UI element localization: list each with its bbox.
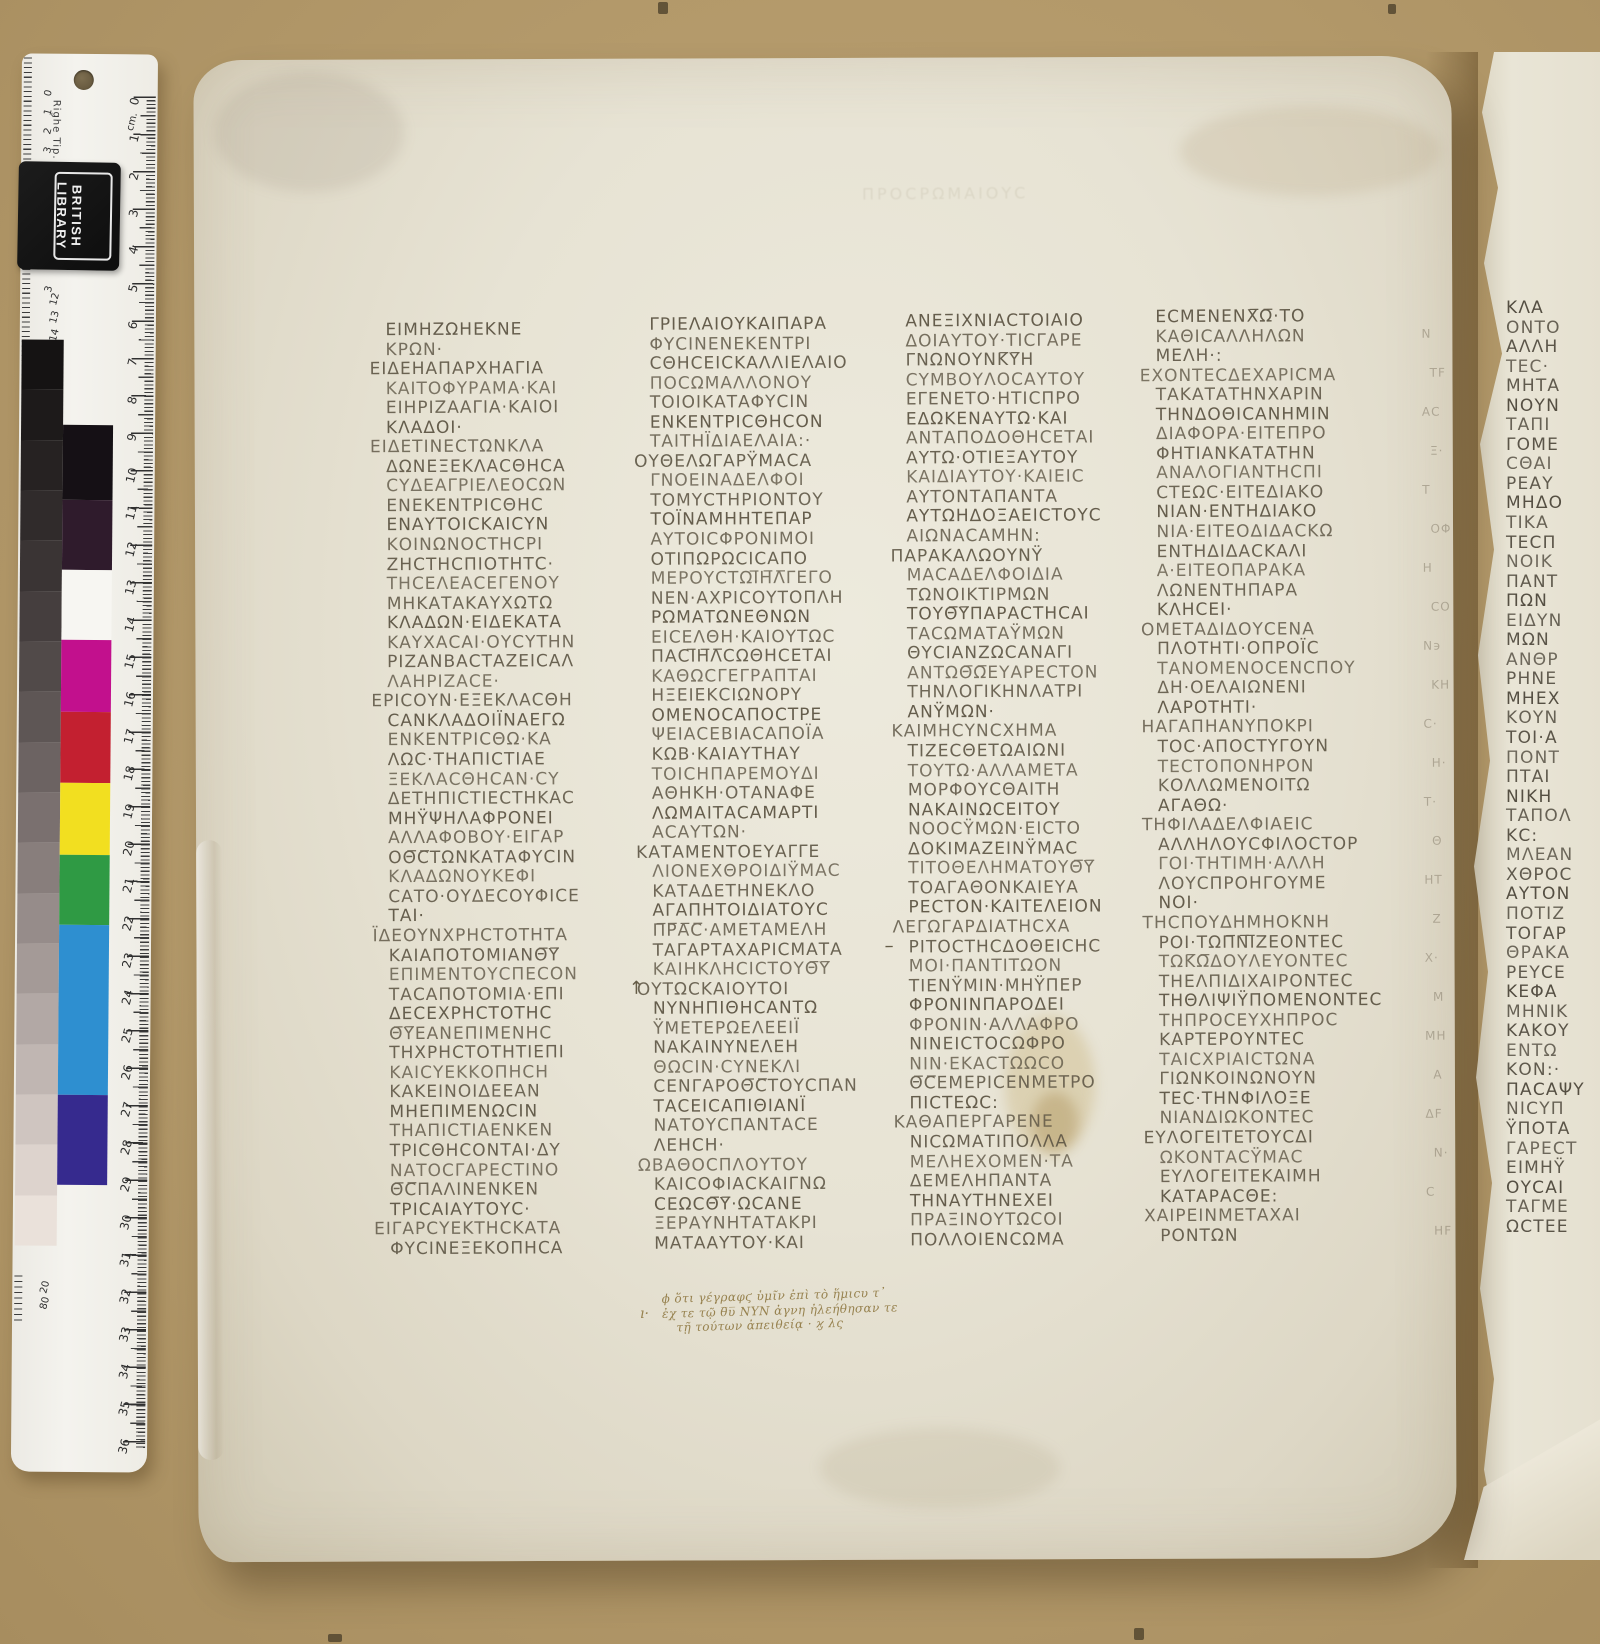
greek-text-line: ΔΟΚΙΜΑΖΕΙΝΫΜΑϹ (908, 838, 1158, 859)
greek-text-line: ΑΓΑΘΩ· (1158, 794, 1408, 815)
greek-text-line: ΤΡΙϹΑΙΑΥΤΟΥϹ· (390, 1198, 640, 1219)
folio-text-fragment: ΚϹ: (1506, 826, 1585, 846)
set-off-mark: Ζ (1432, 912, 1441, 926)
folio-text-fragment: ϹΘΑΙ (1506, 454, 1585, 474)
greek-text-line: ΕΙΔΕΗΑΠΑΡΧΗΑΓΙΑ (370, 358, 636, 379)
greek-text-line: ΕΙΓΑΡϹΥΕΚΤΗϹΚΑΤΑ (374, 1218, 640, 1239)
greek-text-line: ΜΗΕΠΙΜΕΝΩϹΙΝ (389, 1101, 639, 1122)
greek-text-line: ΪΔΕΟΥΝΧΡΗϹΤΟΤΗΤΑ (373, 925, 639, 946)
greek-text-line: ΡΙΖΑΝΒΑϹΤΑΖΕΙϹΑΛ (387, 651, 637, 672)
color-patch-dark-purple (62, 500, 113, 570)
ruler-left-ticks-bottom (14, 1275, 22, 1321)
greek-text-line: ΡΕϹΤΟΝ·ΚΑΙΤΕΛΕΙΟΝ (908, 897, 1158, 918)
greek-text-line: ΑΓΑΠΗΤΟΙΔΙΑΤΟΥϹ (652, 900, 902, 921)
greek-text-line: ΤΟΙϹΗΠΑΡΕΜΟΥΔΙ (652, 763, 902, 784)
greek-text-line: ΕΝΕΚΕΝΤΡΙϹΘΗϹ (386, 495, 636, 516)
greek-text-line: ΨΕΙΑϹΕΒΙΑϹΑΠΟΪΑ (651, 724, 901, 745)
greek-text-line: ΤΗΑΠΙϹΤΙΑΕΝΚΕΝ (390, 1120, 640, 1141)
greek-text-line: ΤΑϹΩΜΑΤΑΫΜΩΝ (907, 623, 1157, 644)
greek-text-line: ΝΟΙ· (1158, 892, 1408, 913)
grayscale-step (21, 440, 63, 491)
greek-text-line: ΦΥϹΙΝΕΞΕΚΟΠΗϹΑ (390, 1238, 640, 1259)
greek-text-line: ϹΘΗϹΕΙϹΚΑΛΛΙΕΛΑΙΟ (650, 353, 900, 374)
set-off-mark: Ν· (1434, 1146, 1449, 1160)
greek-text-line: ΤΟΥΤΩ·ΑΛΛΑΜΕΤΑ (908, 760, 1158, 781)
color-patch-black (62, 425, 113, 500)
folio-text-fragment: ΩϹΤΕΕ (1506, 1217, 1585, 1237)
greek-text-line: ϹΑΤΟ·ΟΥΔΕϹΟΥΦΙϹΕ (388, 886, 638, 907)
greek-text-line: ΜΗΚΑΤΑΚΑΥΧΩΤΩ (387, 593, 637, 614)
greek-text-line: ΧΑΙΡΕΙΝΜΕΤΑΧΑΙ (1144, 1205, 1410, 1226)
tag-line2: LIBRARY (53, 182, 69, 250)
grayscale-calibration-strip (15, 339, 64, 1245)
greek-text-line: Π̅Ρ̅Α̅Ϲ̅·ΑΜΕΤΑΜΕΛΗ (653, 919, 903, 940)
folio-text-fragment: ΠΤΑΙ (1506, 767, 1585, 787)
folio-text-fragment: ΕΙΜΗΫ (1506, 1158, 1585, 1178)
grayscale-step (15, 1094, 57, 1145)
greek-text-line: ΩΚΟΝΤΑϹΫΜΑϹ (1160, 1146, 1410, 1167)
greek-text-line: ΑΝΫΜΩΝ· (907, 701, 1157, 722)
greek-text-line: ΜΕΛΗ·: (1156, 345, 1406, 366)
greek-text-line: ΕΥΛΟΓΕΙΤΕΤΟΥϹΔΙ (1144, 1127, 1410, 1148)
greek-text-line: ΤΟΪΝΑΜΗΗΤΕΠΑΡ (650, 509, 900, 530)
set-off-mark: Η (1423, 561, 1433, 575)
folio-text-fragment: ΠΑΝΤ (1506, 572, 1585, 592)
greek-text-line: ΛΟΥϹΠΡΟΗΓΟΥΜΕ (1158, 873, 1408, 894)
greek-text-line: ΩΒΑΘΟϹΠΛΟΥΤΟΥ (638, 1154, 904, 1175)
greek-text-line: ΤΑΙϹΧΡΙΑΙϹΤΩΝΑ (1159, 1049, 1409, 1070)
greek-text-line: ΞΕΚΛΑϹΘΗϹΑΝ·ϹΥ (388, 768, 638, 789)
greek-text-line: ΞΕΡΑΥΝΗΤΑΤΑΚΡΙ (654, 1213, 904, 1234)
greek-text-line: ΜΗΫΨΗΛΑΦΡΟΝΕΙ (388, 808, 638, 829)
greek-text-line: ΝΑΤΟΥϹΠΑΝΤΑϹΕ (654, 1115, 904, 1136)
greek-text-line: ΚΛΑΔΩΝΟΥΚΕΦΙ (388, 866, 638, 887)
set-off-mark: Ν϶ (1423, 639, 1441, 653)
grayscale-step (16, 1044, 58, 1095)
grayscale-step (21, 390, 63, 441)
greek-text-line: ΓΝΟΕΙΝΑΔΕΛΦΟΙ (650, 470, 900, 491)
greek-text-line: ΕΙΗΡΙΖΑΑΓΙΑ·ΚΑΙΟΙ (386, 397, 636, 418)
greek-text-line: ΛΩΝΕΝΤΗΠΑΡΑ (1157, 579, 1407, 600)
folio-text-fragment: ΜΗΤΑ (1506, 376, 1585, 396)
greek-text-line: ΤΗΘΛΙΨΙΫΠΟΜΕΝΟΝΤΕϹ (1159, 990, 1409, 1011)
greek-text-line: ΤΙΤΟΘΕΛΗΜΑΤΟΥΘ̅Υ̅ (908, 857, 1158, 878)
greek-text-line: ΦΡΟΝΙΝΠΑΡΟΔΕΙ (909, 994, 1159, 1015)
greek-text-line: ΤΟΜΥϹΤΗΡΙΟΝΤΟΥ (650, 489, 900, 510)
set-off-mark: Ν (1421, 327, 1431, 341)
greek-text-line: ΕΓΕΝΕΤΟ·ΗΤΙϹΠΡΟ (906, 388, 1156, 409)
greek-text-line: ΡΩΜΑΤΩΝΕΘΝΩΝ (651, 607, 901, 628)
greek-text-line: ΜΕΛΗΕΧΟΜΕΝ·ΤΑ (910, 1151, 1160, 1172)
greek-text-line: ΠΑϹΙ̅Η̅Λ̅ϹΩΘΗϹΕΤΑΙ (651, 646, 901, 667)
folio-text-fragment: ΜΗΔΟ (1506, 493, 1585, 513)
greek-text-line: ΑΝΑΛΟΓΙΑΝΤΗϹΠΙ (1156, 462, 1406, 483)
greek-text-line: ΚΑΙΔΙΑΥΤΟΥ·ΚΑΙΕΙϹ (906, 467, 1156, 488)
folio-text-fragment: ΟΝΤΟ (1506, 318, 1585, 338)
greek-text-line: ΕΝΤΗΔΙΔΑϹΚΑΛΙ (1157, 540, 1407, 561)
greek-text-line: ΚΟΛΛΩΜΕΝΟΙΤΩ (1158, 775, 1408, 796)
greek-text-line: Θ̅Ϲ̅ΕΜΕΡΙϹΕΝΜΕΤΡΟ (909, 1072, 1159, 1093)
greek-text-line: ϹΤΕΩϹ·ΕΙΤΕΔΙΑΚΟ (1156, 482, 1406, 503)
greek-text-line: ΤΙΖΕϹΘΕΤΩΑΙΩΝΙ (908, 740, 1158, 761)
greek-text-line: ΜΟΡΦΟΥϹΘΑΙΤΗ (908, 779, 1158, 800)
color-patch-green (59, 855, 110, 925)
greek-text-line: ΑΙΩΝΑϹΑΜΗΝ: (906, 525, 1156, 546)
grayscale-step (16, 994, 58, 1045)
folio-text-fragment: ΝΟΙΚ (1506, 552, 1585, 572)
greek-text-line: ΗΞΕΙΕΚϹΙΩΝΟΡΥ (651, 685, 901, 706)
greek-text-line: ΕΙϹΕΛΘΗ·ΚΑΙΟΥΤΩϹ (651, 626, 901, 647)
greek-text-line: ΑϹΑΥΤΩΝ· (652, 822, 902, 843)
greek-text-line: ΛΕΗϹΗ· (654, 1134, 904, 1155)
greek-text-line: ΤΗΠΡΟϹΕΥΧΗΠΡΟϹ (1159, 1010, 1409, 1031)
greek-text-line: ΑΘΗΚΗ·ΟΤΑΝΑΦΕ (652, 783, 902, 804)
greek-text-line: ΤΗΝΛΟΓΙΚΗΝΛΑΤΡΙ (907, 682, 1157, 703)
color-patch-magenta (61, 640, 112, 712)
folio-text-fragment: ΫΠΟΤΑ (1506, 1119, 1585, 1139)
greek-text-line: ΤΑϹΕΙϹΑΠΙΘΙΑΝΪ (653, 1095, 903, 1116)
greek-text-line: ΚΑΙΤΟΦΥΡΑΜΑ·ΚΑΙ (386, 377, 636, 398)
grayscale-step (15, 1145, 57, 1196)
grayscale-step (17, 943, 59, 994)
set-off-mark: Μ (1433, 990, 1444, 1004)
folio-text-fragment: ΜΛΕΑΝ (1506, 845, 1585, 865)
greek-text-line: ΡΟΝΤΩΝ (1160, 1225, 1410, 1246)
greek-text-line: ΛΕΓΩΓΑΡΔΙΑΤΗϹΧΑ (893, 916, 1159, 937)
grayscale-step (18, 742, 60, 793)
greek-text-line: ΗΑΓΑΠΗΑΝΥΠΟΚΡΙ (1141, 716, 1407, 737)
text-column-3: ΑΝΕΞΙΧΝΙΑϹΤΟΙΑΙΟΔΟΙΑΥΤΟΥ·ΤΙϹΓΑΡΕΓΝΩΝΟΥΝΚ… (905, 310, 1160, 1250)
greek-text-line: ΑΛΛΗΛΟΥϹΦΙΛΟϹΤΟΡ (1158, 834, 1408, 855)
folio-text-fragment: ΡΕΑΥ (1506, 474, 1585, 494)
greek-text-line: ΑΛΛΑΦΟΒΟΥ·ΕΙΓΑΡ (388, 827, 638, 848)
folio-text-fragment: ΚΛΑ (1506, 298, 1585, 318)
greek-text-line: ΤΗϹΕΛΕΑϹΕΓΕΝΟΥ (387, 573, 637, 594)
folio-text-fragment: ΚΑΚΟΥ (1506, 1021, 1585, 1041)
folio-text-fragment: ΜΩΝ (1506, 630, 1585, 650)
set-off-mark: Θ (1432, 834, 1443, 848)
folio-text-fragment: ΝΙϹΥΠ (1506, 1099, 1585, 1119)
grayscale-step (20, 490, 62, 541)
set-off-mark: ϹΟ (1431, 600, 1451, 614)
greek-text-line: ϹΥΔΕΑΓΡΙΕΛΕΟϹΩΝ (386, 475, 636, 496)
folio-text-fragment: ΧΘΡΟϹ (1506, 865, 1585, 885)
greek-text-line: ΔΗ·ΟΕΛΑΙΩΝΕΝΙ (1157, 677, 1407, 698)
british-library-tag: BRITISH LIBRARY (17, 161, 121, 271)
greek-text-line: ΤΗΝΔΟΘΙϹΑΝΗΜΙΝ (1156, 404, 1406, 425)
greek-text-line: ΛΑΡΟΤΗΤΙ· (1157, 697, 1407, 718)
folio-text-fragment: ΓΑΡΕϹΤ (1506, 1139, 1585, 1159)
greek-text-line: ΚΛΑΔΩΝ·ΕΙΔΕΚΑΤΑ (387, 612, 637, 633)
folio-text-fragment: ΕΝΤΩ (1506, 1041, 1585, 1061)
text-column-1: ΕΙΜΗΖΩΗΕΚΝΕΚΡΩΝ·ΕΙΔΕΗΑΠΑΡΧΗΑΓΙΑΚΑΙΤΟΦΥΡΑ… (385, 319, 640, 1259)
greek-text-line: ΫΜΕΤΕΡΩΕΛΕΕΙΪ (653, 1017, 903, 1038)
greek-text-line: ΟΥΤΩϹΚΑΙΟΥΤΟΙ (637, 978, 903, 999)
greek-text-line: ΤΕϹΤΟΠΟΝΗΡΟΝ (1158, 755, 1408, 776)
greek-text-line: ΔΕΤΗΠΙϹΤΙΕϹΤΗΚΑϹ (388, 788, 638, 809)
greek-text-line: ΟΜΕΤΑΔΙΔΟΥϹΕΝΑ (1141, 619, 1407, 640)
greek-text-line: ΕΝΚΕΝΤΡΙϹΘΩ·ΚΑ (388, 729, 638, 750)
color-calibration-strip (57, 425, 113, 1185)
set-off-mark: ΚΗ (1431, 678, 1450, 692)
greek-text-line: ΚΛΗϹΕΙ· (1157, 599, 1407, 620)
greek-text-line: ΝΟΟϹΫΜΩΝ·ΕΙϹΤΟ (908, 818, 1158, 839)
color-patch-blue (58, 925, 109, 1095)
greek-text-line: ΟΜΕΝΟϹΑΠΟϹΤΡΕ (651, 704, 901, 725)
folio-text-fragment: ΠΑϹΑΨΥ (1506, 1080, 1585, 1100)
greek-text-line: ΝΥΝΗΠΙΘΗϹΑΝΤΩ (653, 998, 903, 1019)
greek-text-line: ΚΟΙΝΩΝΟϹΤΗϹΡΙ (386, 534, 636, 555)
greek-text-line: ΕΙΔΕΤΙΝΕϹΤΩΝΚΛΑ (370, 436, 636, 457)
folio-text-fragment: ΝΟΥΝ (1506, 396, 1585, 416)
greek-text-line: ΚΑΘΩϹΓΕΓΡΑΠΤΑΙ (651, 665, 901, 686)
greek-text-line: ΤΑΙΤΗΪΔΙΑΕΛΑΙΑ:· (650, 431, 900, 452)
greek-text-line: ΚΑΚΕΙΝΟΙΔΕΕΑΝ (389, 1081, 639, 1102)
greek-text-line: ΠΟΛΛΟΙΕΝϹΩΜΑ (910, 1229, 1160, 1250)
greek-text-line: ΑΝΤΑΠΟΔΟΘΗϹΕΤΑΙ (906, 427, 1156, 448)
greek-text-line: ΦΥϹΙΝΕΝΕΚΕΝΤΡΙ (649, 333, 899, 354)
folio-text-fragment: ΤΟΓΑΡ (1506, 924, 1585, 944)
color-patch-white (61, 570, 112, 640)
greek-text-line: ΚΑΙϹΥΕΚΚΟΠΗϹΗ (389, 1062, 639, 1083)
greek-text-line: ΚΑΙΑΠΟΤΟΜΙΑΝΘ̅Υ̅ (389, 944, 639, 965)
greek-text-line: ΤΟΥΘ̅Υ̅ΠΑΡΑϹΤΗϹΑΙ (907, 603, 1157, 624)
folio-text-fragment: ΤΑΠΙ (1506, 415, 1585, 435)
greek-text-line: ΡΙΤΟϹΤΗϹΔΟΘΕΙϹΗϹ (909, 936, 1159, 957)
greek-text-line: ΦΡΟΝΙΝ·ΑΛΛΑΦΡΟ (909, 1014, 1159, 1035)
folio-text-fragment: ΤΟΙ·Α (1506, 728, 1585, 748)
greek-text-line: ΛΩϹ·ΤΗΑΠΙϹΤΙΑΕ (388, 749, 638, 770)
greek-text-line: ΤΗΝΑΥΤΗΝΕΧΕΙ (910, 1190, 1160, 1211)
greek-text-line: ΤΑϹΑΠΟΤΟΜΙΑ·ΕΠΙ (389, 983, 639, 1004)
greek-text-line: ΚΑΡΤΕΡΟΥΝΤΕϹ (1159, 1029, 1409, 1050)
greek-text-line: ΤΑΝΟΜΕΝΟϹΕΝϹΠΟΥ (1157, 658, 1407, 679)
grayscale-step (19, 591, 61, 642)
greek-text-line: ΓΙΩΝΚΟΙΝΩΝΟΥΝ (1159, 1068, 1409, 1089)
folio-text-fragment: ΓΟΜΕ (1506, 435, 1585, 455)
grayscale-step (21, 339, 63, 390)
folio-text-fragment: ΤΕϹΠ (1506, 533, 1585, 553)
color-patch-red (60, 712, 111, 783)
greek-text-line: ΤΗΦΙΛΑΔΕΛΦΙΑΕΙϹ (1142, 814, 1408, 835)
folio-text-fragment: ΜΗΕΧ (1506, 689, 1585, 709)
greek-text-line: ΛΙΟΝΕΧΘΡΟΙΔΙΫΜΑϹ (652, 861, 902, 882)
greek-text-line: ΚΑΘΑΠΕΡΓΑΡΕΝΕ (894, 1112, 1160, 1133)
greek-text-line: ΔΙΑΦΟΡΑ·ΕΙΤΕΠΡΟ (1156, 423, 1406, 444)
folio-text-fragment: ΠΟΤΙΖ (1506, 904, 1585, 924)
greek-text-line: ΤΟΙΟΙΚΑΤΑΦΥϹΙΝ (650, 392, 900, 413)
folio-text-fragment: ΟΥϹΑΙ (1506, 1178, 1585, 1198)
greek-text-line: ΛΑΗΡΙΖΑϹΕ· (387, 671, 637, 692)
greek-text-line: ΚΑΤΑΜΕΝΤΟΕΥΑΓΓΕ (636, 841, 902, 862)
greek-text-line: ΤΩΚ̅Ω̅ΔΟΥΛΕΥΟΝΤΕϹ (1159, 951, 1409, 972)
greek-text-line: ΚΛΑΔΟΙ· (386, 417, 636, 438)
ruler-cm-number: 36 (114, 1432, 134, 1461)
set-off-mark: ΟΦ (1430, 522, 1451, 536)
folio-text-fragment: ΕΙΔΥΝ (1506, 611, 1585, 631)
folio-text-fragment: ΠΟΝΤ (1506, 748, 1585, 768)
folio-text-column: ΚΛΑΟΝΤΟΑΛΛΗΤΕϹ·ΜΗΤΑΝΟΥΝΤΑΠΙΓΟΜΕϹΘΑΙΡΕΑΥΜ… (1506, 298, 1585, 1236)
greek-text-line: ΓΟΙ·ΤΗΤΙΜΗ·ΑΛΛΗ (1158, 853, 1408, 874)
greek-text-line: ΚΑΙΗΚΛΗϹΙϹΤΟΥΘ̅Υ̅ (653, 959, 903, 980)
greek-text-line: ΝΙϹΩΜΑΤΙΠΟΛΛΑ (910, 1131, 1160, 1152)
greek-text-line: ΤΗΕΛΠΙΔΙΧΑΙΡΟΝΤΕϹ (1159, 970, 1409, 991)
greek-text-line: ΜΑΤΑΑΥΤΟΥ·ΚΑΙ (654, 1232, 904, 1253)
greek-text-line: ΠΙϹΤΕΩϹ: (909, 1092, 1159, 1113)
greek-text-line: ΕΔΩΚΕΝΑΥΤΩ·ΚΑΙ (906, 408, 1156, 429)
greek-text-line: Α·ΕΙΤΕΟΠΑΡΑΚΑ (1157, 560, 1407, 581)
greek-text-line: ΑΝΤΩΘ̅Ω̅ΕΥΑΡΕϹΤΟΝ (907, 662, 1157, 683)
folio-text-fragment: ΤΑΠΟΛ (1506, 806, 1585, 826)
greek-text-line: ΖΗϹΤΗϹΠΙΟΤΗΤϹ· (387, 553, 637, 574)
grayscale-step (19, 692, 61, 743)
greek-text-line: ΚΑΙΜΗϹΥΝϹΧΗΜΑ (891, 721, 1157, 742)
greek-text-line: ΑΥΤΟΝΤΑΠΑΝΤΑ (906, 486, 1156, 507)
greek-text-line: ϹΥΜΒΟΥΛΟϹΑΥΤΟΥ (906, 369, 1156, 390)
greek-text-line: ΟΥΘΕΛΩΓΑΡΫΜΑϹΑ (634, 450, 900, 471)
grayscale-step (20, 541, 62, 592)
greek-text-line: ΕΥΛΟΓΕΙΤΕΚΑΙΜΗ (1160, 1166, 1410, 1187)
greek-text-line: ΓΝΩΝΟΥΝΚ̅Υ̅Η (906, 349, 1156, 370)
folio-text-fragment: ΡΕΥϹΕ (1506, 963, 1585, 983)
set-off-mark: ΑϹ (1422, 405, 1441, 419)
corrector-cursive-note: ϕ ὅτι γέγραφϛ ὑμῖν ἐπὶ τὸ ἥμιϲυ τ᾽ἐχ τε … (661, 1284, 942, 1335)
greek-text-line: ΤΩΝΟΙΚΤΙΡΜΩΝ (907, 584, 1157, 605)
marginal-glyph: – (885, 935, 894, 956)
greek-text-line: ΚΑΤΑΔΕΤΗΝΕΚΛΟ (652, 880, 902, 901)
tag-line1: BRITISH (68, 182, 84, 250)
greek-text-line: ΤΑΙ· (388, 905, 638, 926)
grayscale-step (15, 1195, 57, 1246)
greek-text-line: ΤΗϹΠΟΥΔΗΜΗΟΚΝΗ (1142, 912, 1408, 933)
greek-text-line: ΘΩϹΙΝ·ϹΥΝΕΚΛΙ (653, 1056, 903, 1077)
greek-text-line: Θ̅Ϲ̅ΠΑΛΙΝΕΝΚΕΝ (390, 1179, 640, 1200)
set-off-mark: Α (1433, 1068, 1442, 1082)
ruler-hole (74, 70, 94, 90)
set-off-mark: ΗΤ (1424, 873, 1442, 887)
greek-text-line: ΚΩΒ·ΚΑΙΑΥΤΗΑΥ (652, 743, 902, 764)
greek-text-line: ΔΟΙΑΥΤΟΥ·ΤΙϹΓΑΡΕ (905, 330, 1155, 351)
greek-text-line: ΕΝΚΕΝΤΡΙϹΘΗϹΟΝ (650, 411, 900, 432)
grayscale-step (19, 641, 61, 692)
greek-text-line: ΠΑΡΑΚΑΛΩΟΥΝΫ (891, 545, 1157, 566)
folio-text-fragment: ΑΛΛΗ (1506, 337, 1585, 357)
folio-text-fragment: ΜΗΝΙΚ (1506, 1002, 1585, 1022)
greek-text-line: ΝΑΚΑΙΝΥΝΕΛΕΗ (653, 1037, 903, 1058)
greek-text-line: ΕΙΜΗΖΩΗΕΚΝΕ (385, 319, 635, 340)
folio-text-fragment: ΑΥΤΟΝ (1506, 884, 1585, 904)
set-off-mark: Χ· (1425, 951, 1439, 965)
folio-text-fragment: ΡΗΝΕ (1506, 669, 1585, 689)
set-off-mark: Τ (1422, 483, 1430, 497)
greek-text-line: ΠΟϹΩΜΑΛΛΟΝΟΥ (650, 372, 900, 393)
text-layer: ΕΙΜΗΖΩΗΕΚΝΕΚΡΩΝ·ΕΙΔΕΗΑΠΑΡΧΗΑΓΙΑΚΑΙΤΟΦΥΡΑ… (0, 0, 1600, 1644)
grayscale-step (17, 893, 59, 944)
set-off-mark: ΤϜ (1430, 366, 1446, 380)
folio-text-fragment: ΤΑΓΜΕ (1506, 1197, 1585, 1217)
folio-text-fragment: ΠΩΝ (1506, 591, 1585, 611)
greek-text-line: ΝΕΝ·ΑΧΡΙϹΟΥΤΟΠΛΗ (651, 587, 901, 608)
greek-text-line: ΔΕΜΕΛΗΠΑΝΤΑ (910, 1170, 1160, 1191)
greek-text-line: ϹΑΝΚΛΑΔΟΙΪΝΑΕΓΩ (387, 710, 637, 731)
greek-text-line: ΝΑΚΑΙΝΩϹΕΙΤΟΥ (908, 799, 1158, 820)
marginal-glyph: ↑ (629, 978, 644, 999)
greek-text-line: ΑΝΕΞΙΧΝΙΑϹΤΟΙΑΙΟ (905, 310, 1155, 331)
folio-text-fragment: ΤΕϹ· (1506, 357, 1585, 377)
greek-text-line: ΤΑΓΑΡΤΑΧΑΡΙϹΜΑΤΑ (653, 939, 903, 960)
greek-text-line: ΕΧΟΝΤΕϹΔΕΧΑΡΙϹΜΑ (1140, 364, 1406, 385)
greek-text-line: ΚΑΘΙϹΑΛΛΗΛΩΝ (1155, 325, 1405, 346)
greek-text-line: ΦΗΤΙΑΝΚΑΤΑΤΗΝ (1156, 443, 1406, 464)
greek-text-line: ΚΑΙϹΟΦΙΑϹΚΑΙΓΝΩ (654, 1174, 904, 1195)
greek-text-line: ΚΑΥΧΑϹΑΙ·ΟΥϹΥΤΗΝ (387, 632, 637, 653)
greek-text-line: ΟΘ̅Ϲ̅ΤΩΝΚΑΤΑΦΥϹΙΝ (388, 847, 638, 868)
greek-text-line: ΛΩΜΑΙΤΑϹΑΜΑΡΤΙ (652, 802, 902, 823)
greek-text-line: ΔΩΝΕΞΕΚΛΑϹΘΗϹΑ (386, 456, 636, 477)
set-off-mark: Τ· (1424, 795, 1437, 809)
set-off-mark: Η· (1432, 756, 1447, 770)
greek-text-line: ΠΛΟΤΗΤΙ·ΟΠΡΟΪϹ (1157, 638, 1407, 659)
greek-text-line: ΕϹΜΕΝΕΝΧ̅Ω̅·ΤΟ (1155, 306, 1405, 327)
set-off-mark: ΗϜ (1434, 1224, 1452, 1238)
set-off-mark: Ϲ (1426, 1185, 1435, 1199)
greek-text-line: ΤΡΙϹΘΗϹΟΝΤΑΙ·ΔΥ (390, 1140, 640, 1161)
color-patch-yellow (60, 783, 111, 855)
greek-text-line: ΟΤΙΠΩΡΩϹΙϹΑΠΟ (651, 548, 901, 569)
color-patch-indigo (57, 1095, 108, 1185)
greek-text-line: ΚΡΩΝ· (385, 338, 635, 359)
greek-text-line: ΝΙΑ·ΕΙΤΕΟΔΙΔΑϹΚΩ (1156, 521, 1406, 542)
greek-text-line: ΓΡΙΕΛΑΙΟΥΚΑΙΠΑΡΑ (649, 313, 899, 334)
greek-text-line: ΚΑΤΑΡΑϹΘΕ: (1160, 1185, 1410, 1206)
grayscale-step (18, 792, 60, 843)
greek-text-line: ΝΙΝΕΙϹΤΟϹΩΦΡΟ (909, 1033, 1159, 1054)
greek-text-line: ΑΥΤΩΗΔΟΞΑΕΙϹΤΟΥϹ (906, 506, 1156, 527)
greek-text-line: ΤΟΑΓΑΘΟΝΚΑΙΕΥΑ (908, 877, 1158, 898)
greek-text-line: Θ̅Υ̅ΕΑΝΕΠΙΜΕΝΗϹ (389, 1023, 639, 1044)
greek-text-line: ΤΑΚΑΤΑΤΗΝΧΑΡΙΝ (1156, 384, 1406, 405)
ruler-cm-numbers: 0123456789101112131415161718192021222324… (22, 53, 158, 54)
greek-text-line: ΡΟΙ·ΤΩΠ̅Ν̅Ι̅ΖΕΟΝΤΕϹ (1159, 931, 1409, 952)
greek-text-line: ΤΟϹ·ΑΠΟϹΤΥΓΟΥΝ (1158, 736, 1408, 757)
greek-text-line: ΔΕϹΕΧΡΗϹΤΟΤΗϹ (389, 1003, 639, 1024)
set-off-mark: ΜΗ (1425, 1029, 1446, 1043)
set-off-mark: Ϲ· (1423, 717, 1437, 731)
greek-text-line: ΝΙΝ·ΕΚΑϹΤΩΩϹΟ (909, 1053, 1159, 1074)
greek-text-line: ΜΟΙ·ΠΑΝΤΙΤΩΟΝ (909, 955, 1159, 976)
greek-text-line: ΕΝΑΥΤΟΙϹΚΑΙϹΥΝ (386, 514, 636, 535)
folio-text-fragment: ΑΝΘΡ (1506, 650, 1585, 670)
greek-text-line: ΑΥΤΟΙϹΦΡΟΝΙΜΟΙ (650, 528, 900, 549)
folio-text-fragment: ΘΡΑΚΑ (1506, 943, 1585, 963)
set-off-mark: Ξ· (1430, 444, 1443, 458)
set-off-mark: ΔϜ (1425, 1107, 1442, 1121)
greek-text-line: ΕΡΙϹΟΥΝ·ΕΞΕΚΛΑϹΘΗ (371, 690, 637, 711)
greek-text-line: ΜΕΡΟΥϹΤΩΙ̅Η̅Λ̅ΓΕΓΟ (651, 568, 901, 589)
manuscript-photo: ΠΡΟϹΡΩΜΑΙΟΥϹ ΕΙΜΗΖΩΗΕΚΝΕΚΡΩΝ·ΕΙΔΕΗΑΠΑΡΧΗ… (0, 0, 1600, 1644)
text-column-4: ΕϹΜΕΝΕΝΧ̅Ω̅·ΤΟΚΑΘΙϹΑΛΛΗΛΩΝΜΕΛΗ·:ΕΧΟΝΤΕϹΔ… (1155, 306, 1410, 1246)
folio-text-fragment: ΝΙΚΗ (1506, 787, 1585, 807)
greek-text-line: ΤΙΕΝΫΜΙΝ·ΜΗΫΠΕΡ (909, 975, 1159, 996)
greek-text-line: ΝΑΤΟϹΓΑΡΕϹΤΙΝΟ (390, 1159, 640, 1180)
folio-text-fragment: ΚΟΝ:· (1506, 1060, 1585, 1080)
tag-text: BRITISH LIBRARY (53, 182, 84, 250)
greek-text-line: ΕΠΙΜΕΝΤΟΥϹΠΕϹΟΝ (389, 964, 639, 985)
greek-text-line: ΝΙΑΝ·ΕΝΤΗΔΙΑΚΟ (1156, 501, 1406, 522)
corrector-note-mark: ı· (640, 1306, 649, 1322)
greek-text-line: ΠΡΑΞΙΝΟΥΤΩϹΟΙ (910, 1209, 1160, 1230)
folio-text-fragment: ΚΕΦΑ (1506, 982, 1585, 1002)
